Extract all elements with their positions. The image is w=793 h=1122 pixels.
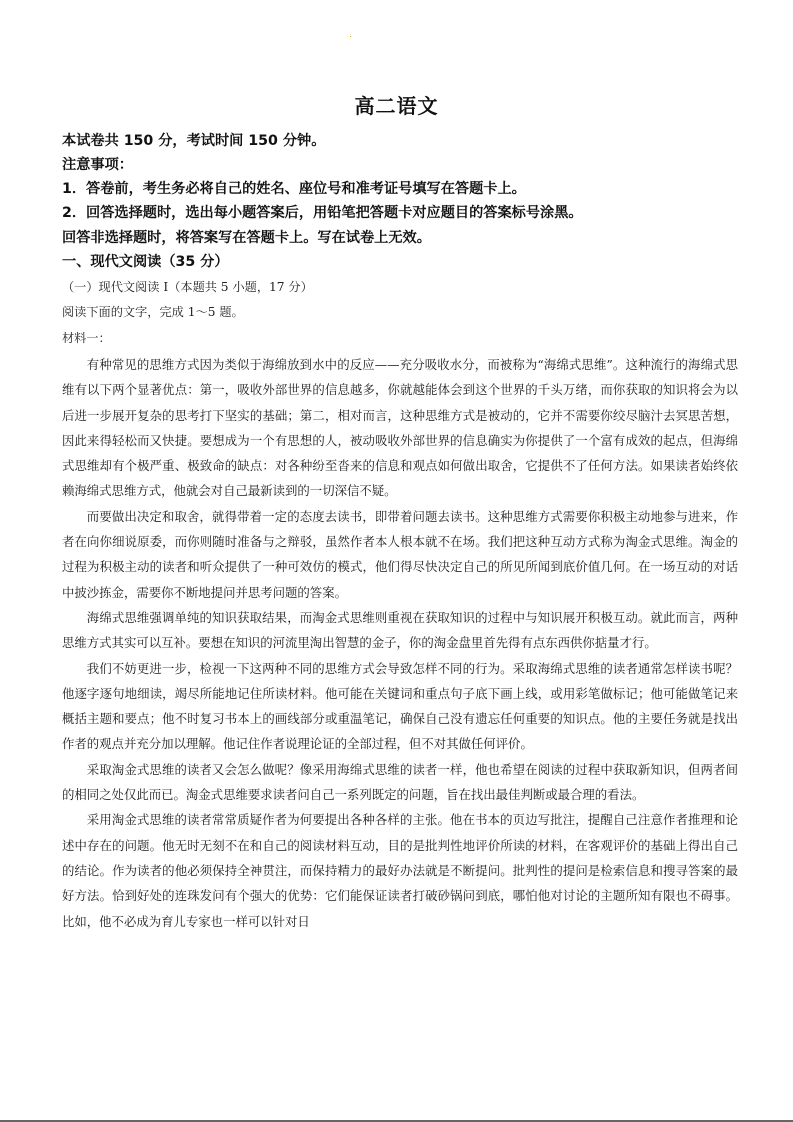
notice-item-2: 2．回答选择题时，选出每小题答案后，用铅笔把答题卡对应题目的答案标号涂黑。	[62, 201, 752, 225]
passage-paragraph: 而要做出决定和取舍，就得带着一定的态度去读书，即带着问题去读书。这种思维方式需要…	[62, 504, 738, 605]
passage-paragraph: 采取淘金式思维的读者又会怎么做呢？像采用海绵式思维的读者一样，他也希望在阅读的过…	[62, 757, 738, 808]
section-heading: 一、现代文阅读（35 分）	[62, 250, 752, 274]
exam-page: 高二语文 本试卷共 150 分，考试时间 150 分钟。 注意事项： 1．答卷前…	[0, 0, 793, 1122]
passage-paragraph: 海绵式思维强调单纯的知识获取结果，而淘金式思维则重视在获取知识的过程中与知识展开…	[62, 605, 738, 656]
scan-speck	[350, 36, 351, 37]
material-label: 材料一：	[62, 328, 752, 348]
page-title: 高二语文	[0, 90, 793, 119]
subsection-heading: （一）现代文阅读 I（本题共 5 小题，17 分）	[62, 277, 752, 297]
notice-item-1: 1．答卷前，考生务必将自己的姓名、座位号和准考证号填写在答题卡上。	[62, 177, 752, 201]
passage-paragraph: 我们不妨更进一步，检视一下这两种不同的思维方式会导致怎样不同的行为。采取海绵式思…	[62, 656, 738, 757]
notice-heading: 注意事项：	[62, 153, 752, 177]
reading-passage: 有种常见的思维方式因为类似于海绵放到水中的反应——充分吸收水分，而被称为“海绵式…	[62, 352, 738, 934]
passage-paragraph: 采用淘金式思维的读者常常质疑作者为何要提出各种各样的主张。他在书本的页边写批注，…	[62, 807, 738, 933]
exam-info-line: 本试卷共 150 分，考试时间 150 分钟。	[62, 129, 752, 153]
passage-paragraph: 有种常见的思维方式因为类似于海绵放到水中的反应——充分吸收水分，而被称为“海绵式…	[62, 352, 738, 504]
reading-instruction: 阅读下面的文字，完成 1～5 题。	[62, 302, 752, 322]
notice-item-2-cont: 回答非选择题时，将答案写在答题卡上。写在试卷上无效。	[62, 226, 752, 250]
